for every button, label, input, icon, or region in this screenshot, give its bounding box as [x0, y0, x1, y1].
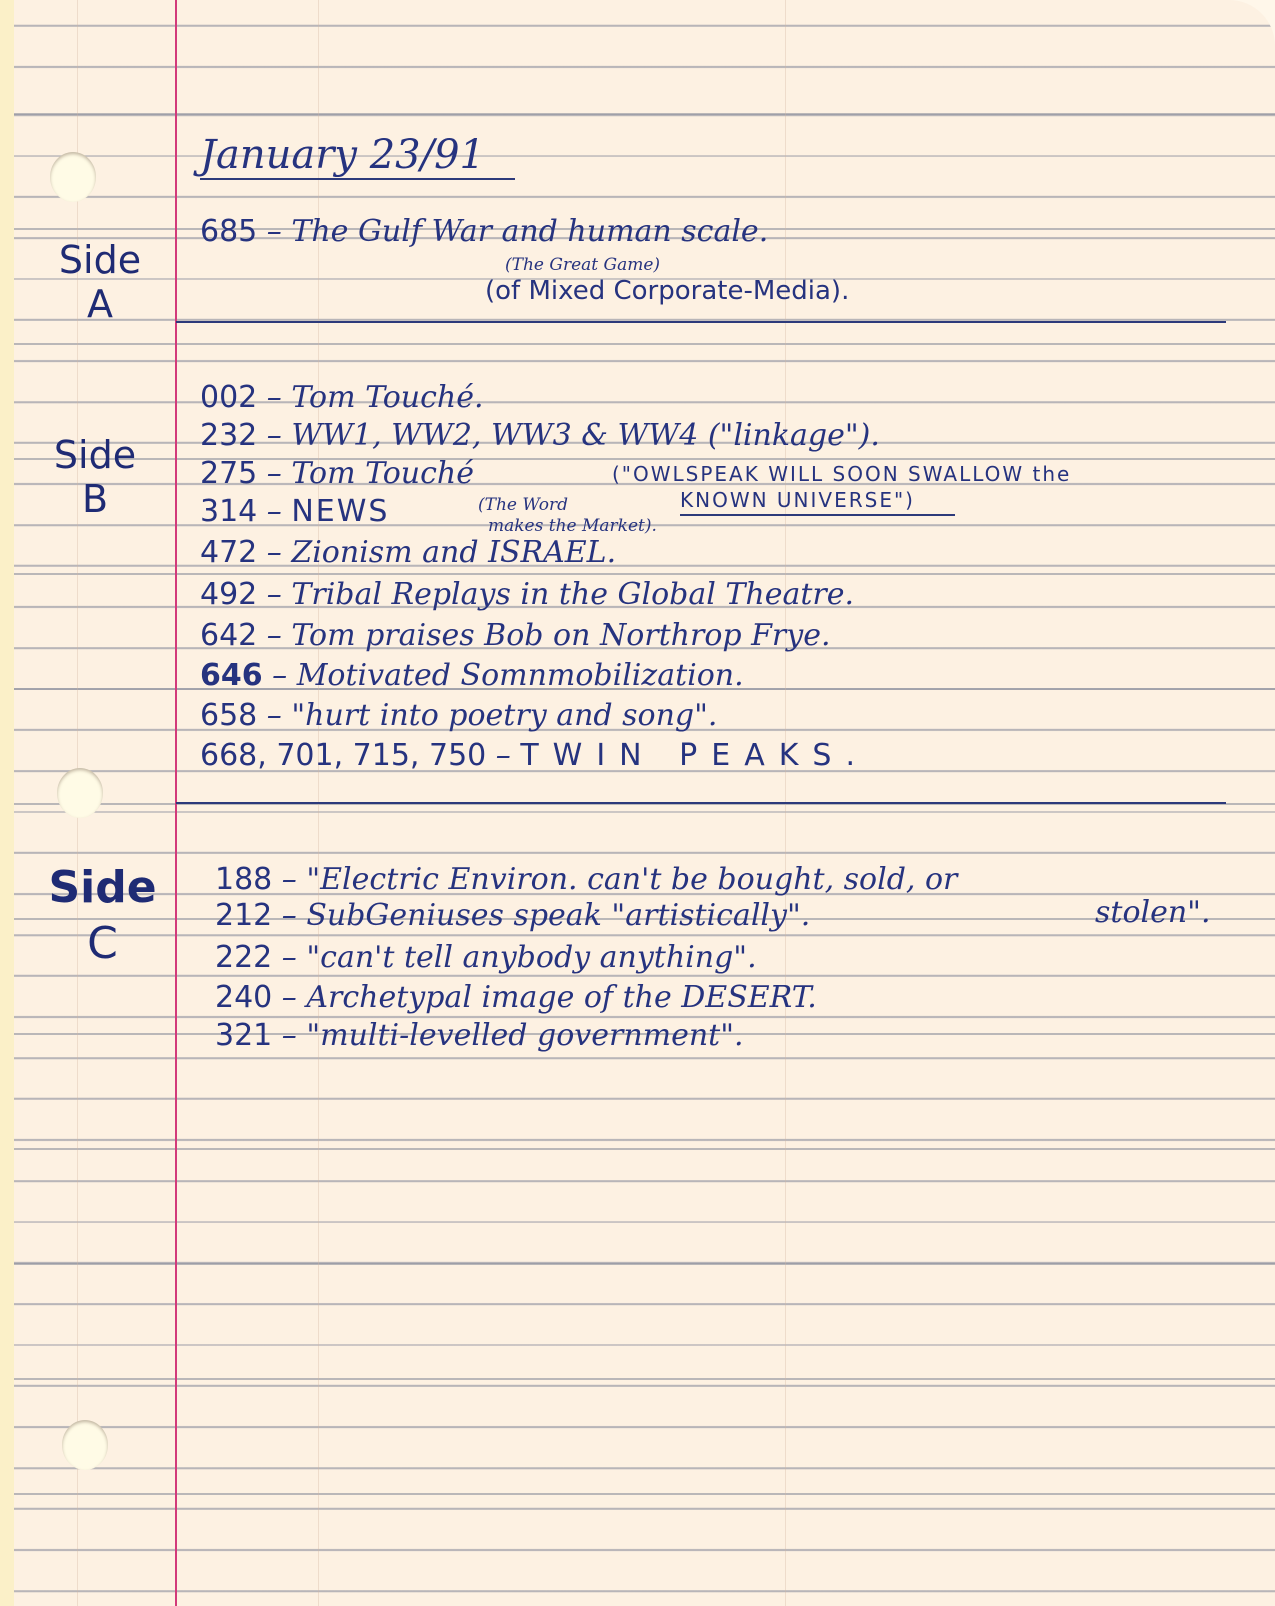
tape-counter: 321	[215, 1018, 272, 1053]
entry-text: Tribal Replays in the Global Theatre.	[291, 577, 854, 612]
side-b-entry: 642 – Tom praises Bob on Northrop Frye.	[200, 618, 831, 653]
entry-text: "hurt into poetry and song".	[291, 698, 717, 733]
entry-text: Tom praises Bob on Northrop Frye.	[291, 618, 830, 653]
side-c-entry: 212 – SubGeniuses speak "artistically".	[215, 898, 810, 933]
entry-note: (The Great Game)	[505, 255, 660, 275]
entry-quote: KNOWN UNIVERSE")	[680, 488, 955, 516]
page-edge	[0, 0, 14, 1606]
entry-note: (The Word	[478, 495, 568, 515]
tape-counter: 668, 701, 715, 750	[200, 738, 486, 773]
side-c-entry: 321 – "multi-levelled government".	[215, 1018, 744, 1053]
side-label-text: Side	[40, 433, 150, 477]
side-b-entry: 314 – NEWS	[200, 494, 389, 529]
section-divider	[176, 802, 1226, 804]
side-a-entry: 685 – The Gulf War and human scale.	[200, 214, 768, 249]
side-c-entry: 240 – Archetypal image of the DESERT.	[215, 980, 817, 1015]
entry-text: "Electric Environ. can't be bought, sold…	[306, 862, 957, 897]
entry-text: Tom Touché	[291, 456, 474, 491]
entry-text: Archetypal image of the DESERT.	[306, 980, 817, 1015]
tape-counter: 240	[215, 980, 272, 1015]
side-b-label: Side B	[40, 433, 150, 521]
entry-note: (of Mixed Corporate-Media).	[485, 276, 849, 306]
side-b-entry: 472 – Zionism and ISRAEL.	[200, 535, 616, 570]
side-b-entry: 002 – Tom Touché.	[200, 380, 484, 415]
side-b-entry: 275 – Tom Touché	[200, 456, 474, 491]
tape-counter: 658	[200, 698, 257, 733]
side-b-entry: 658 – "hurt into poetry and song".	[200, 698, 717, 733]
side-c-entry: 222 – "can't tell anybody anything".	[215, 940, 757, 975]
entry-text: TWIN PEAKS.	[520, 738, 869, 773]
entry-text: Tom Touché.	[291, 380, 483, 415]
page-date: January 23/91	[200, 132, 515, 180]
side-b-entry: 232 – WW1, WW2, WW3 & WW4 ("linkage").	[200, 418, 880, 453]
entry-text: Zionism and ISRAEL.	[291, 535, 616, 570]
side-c-label: Side C	[40, 860, 165, 972]
tape-counter: 188	[215, 862, 272, 897]
tape-counter: 314	[200, 494, 257, 529]
entry-text: NEWS	[291, 494, 389, 529]
punch-hole	[62, 1420, 108, 1470]
entry-text: "multi-levelled government".	[306, 1018, 743, 1053]
tape-counter: 222	[215, 940, 272, 975]
side-b-entry: 492 – Tribal Replays in the Global Theat…	[200, 577, 854, 612]
side-label-text: Side	[40, 860, 165, 916]
side-label-text: Side	[48, 862, 156, 913]
side-label-letter: C	[40, 916, 165, 972]
entry-note: makes the Market).	[488, 516, 657, 536]
entry-quote: ("OWLSPEAK WILL SOON SWALLOW the	[612, 462, 1071, 486]
side-c-entry: 188 – "Electric Environ. can't be bought…	[215, 862, 957, 897]
entry-text: "can't tell anybody anything".	[306, 940, 756, 975]
entry-text: The Gulf War and human scale.	[291, 214, 768, 249]
entry-text: Motivated Somnmobilization.	[297, 658, 744, 693]
tape-counter: 472	[200, 535, 257, 570]
side-b-entry: 646 – Motivated Somnmobilization.	[200, 658, 744, 693]
tape-counter: 212	[215, 898, 272, 933]
punch-hole	[50, 152, 96, 202]
tape-counter: 646	[200, 658, 263, 693]
tape-counter: 642	[200, 618, 257, 653]
tape-counter: 002	[200, 380, 257, 415]
entry-continuation: stolen".	[1095, 895, 1211, 930]
entry-text: SubGeniuses speak "artistically".	[306, 898, 810, 933]
side-b-entry: 668, 701, 715, 750 – TWIN PEAKS.	[200, 738, 869, 773]
side-a-label: Side A	[45, 238, 155, 326]
tape-counter: 232	[200, 418, 257, 453]
side-label-letter: B	[40, 477, 150, 521]
entry-text: WW1, WW2, WW3 & WW4 ("linkage").	[291, 418, 880, 453]
punch-hole	[57, 768, 103, 818]
tape-counter: 492	[200, 577, 257, 612]
tape-counter: 275	[200, 456, 257, 491]
section-divider	[176, 321, 1226, 323]
side-label-letter: A	[45, 282, 155, 326]
notebook-page: January 23/91 Side A 685 – The Gulf War …	[0, 0, 1275, 1606]
side-label-text: Side	[45, 238, 155, 282]
tape-counter: 685	[200, 214, 257, 249]
